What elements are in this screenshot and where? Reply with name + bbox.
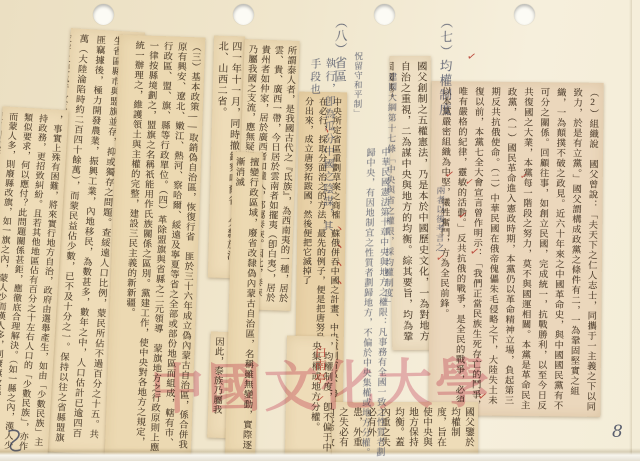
handwritten-note-small-a: 怳留守和平制」 (347, 52, 364, 149)
handwritten-heading-section7: （七）均權制度 (427, 16, 455, 133)
page-bottom-edge (0, 448, 640, 461)
punch-hole (93, 4, 114, 25)
handwritten-note-small-b: 兩者以後考言之 (429, 186, 446, 307)
library-watermark: 中國文化大學 (149, 340, 493, 424)
page-number: 8 (612, 422, 623, 442)
punch-hole (514, 4, 535, 25)
punch-hole (233, 4, 254, 25)
scanned-document-page: 一、省區縣市之復制 光復後綏遠省區縣市亦當復制。匪據時有盟旗而無省縣，復制時卽發… (0, 0, 640, 461)
punch-hole (374, 4, 395, 25)
page-edge-crease (629, 0, 632, 461)
handwritten-note-execution: 執行，卽為瓜分中國之陰謀，其手段也 (304, 57, 337, 238)
